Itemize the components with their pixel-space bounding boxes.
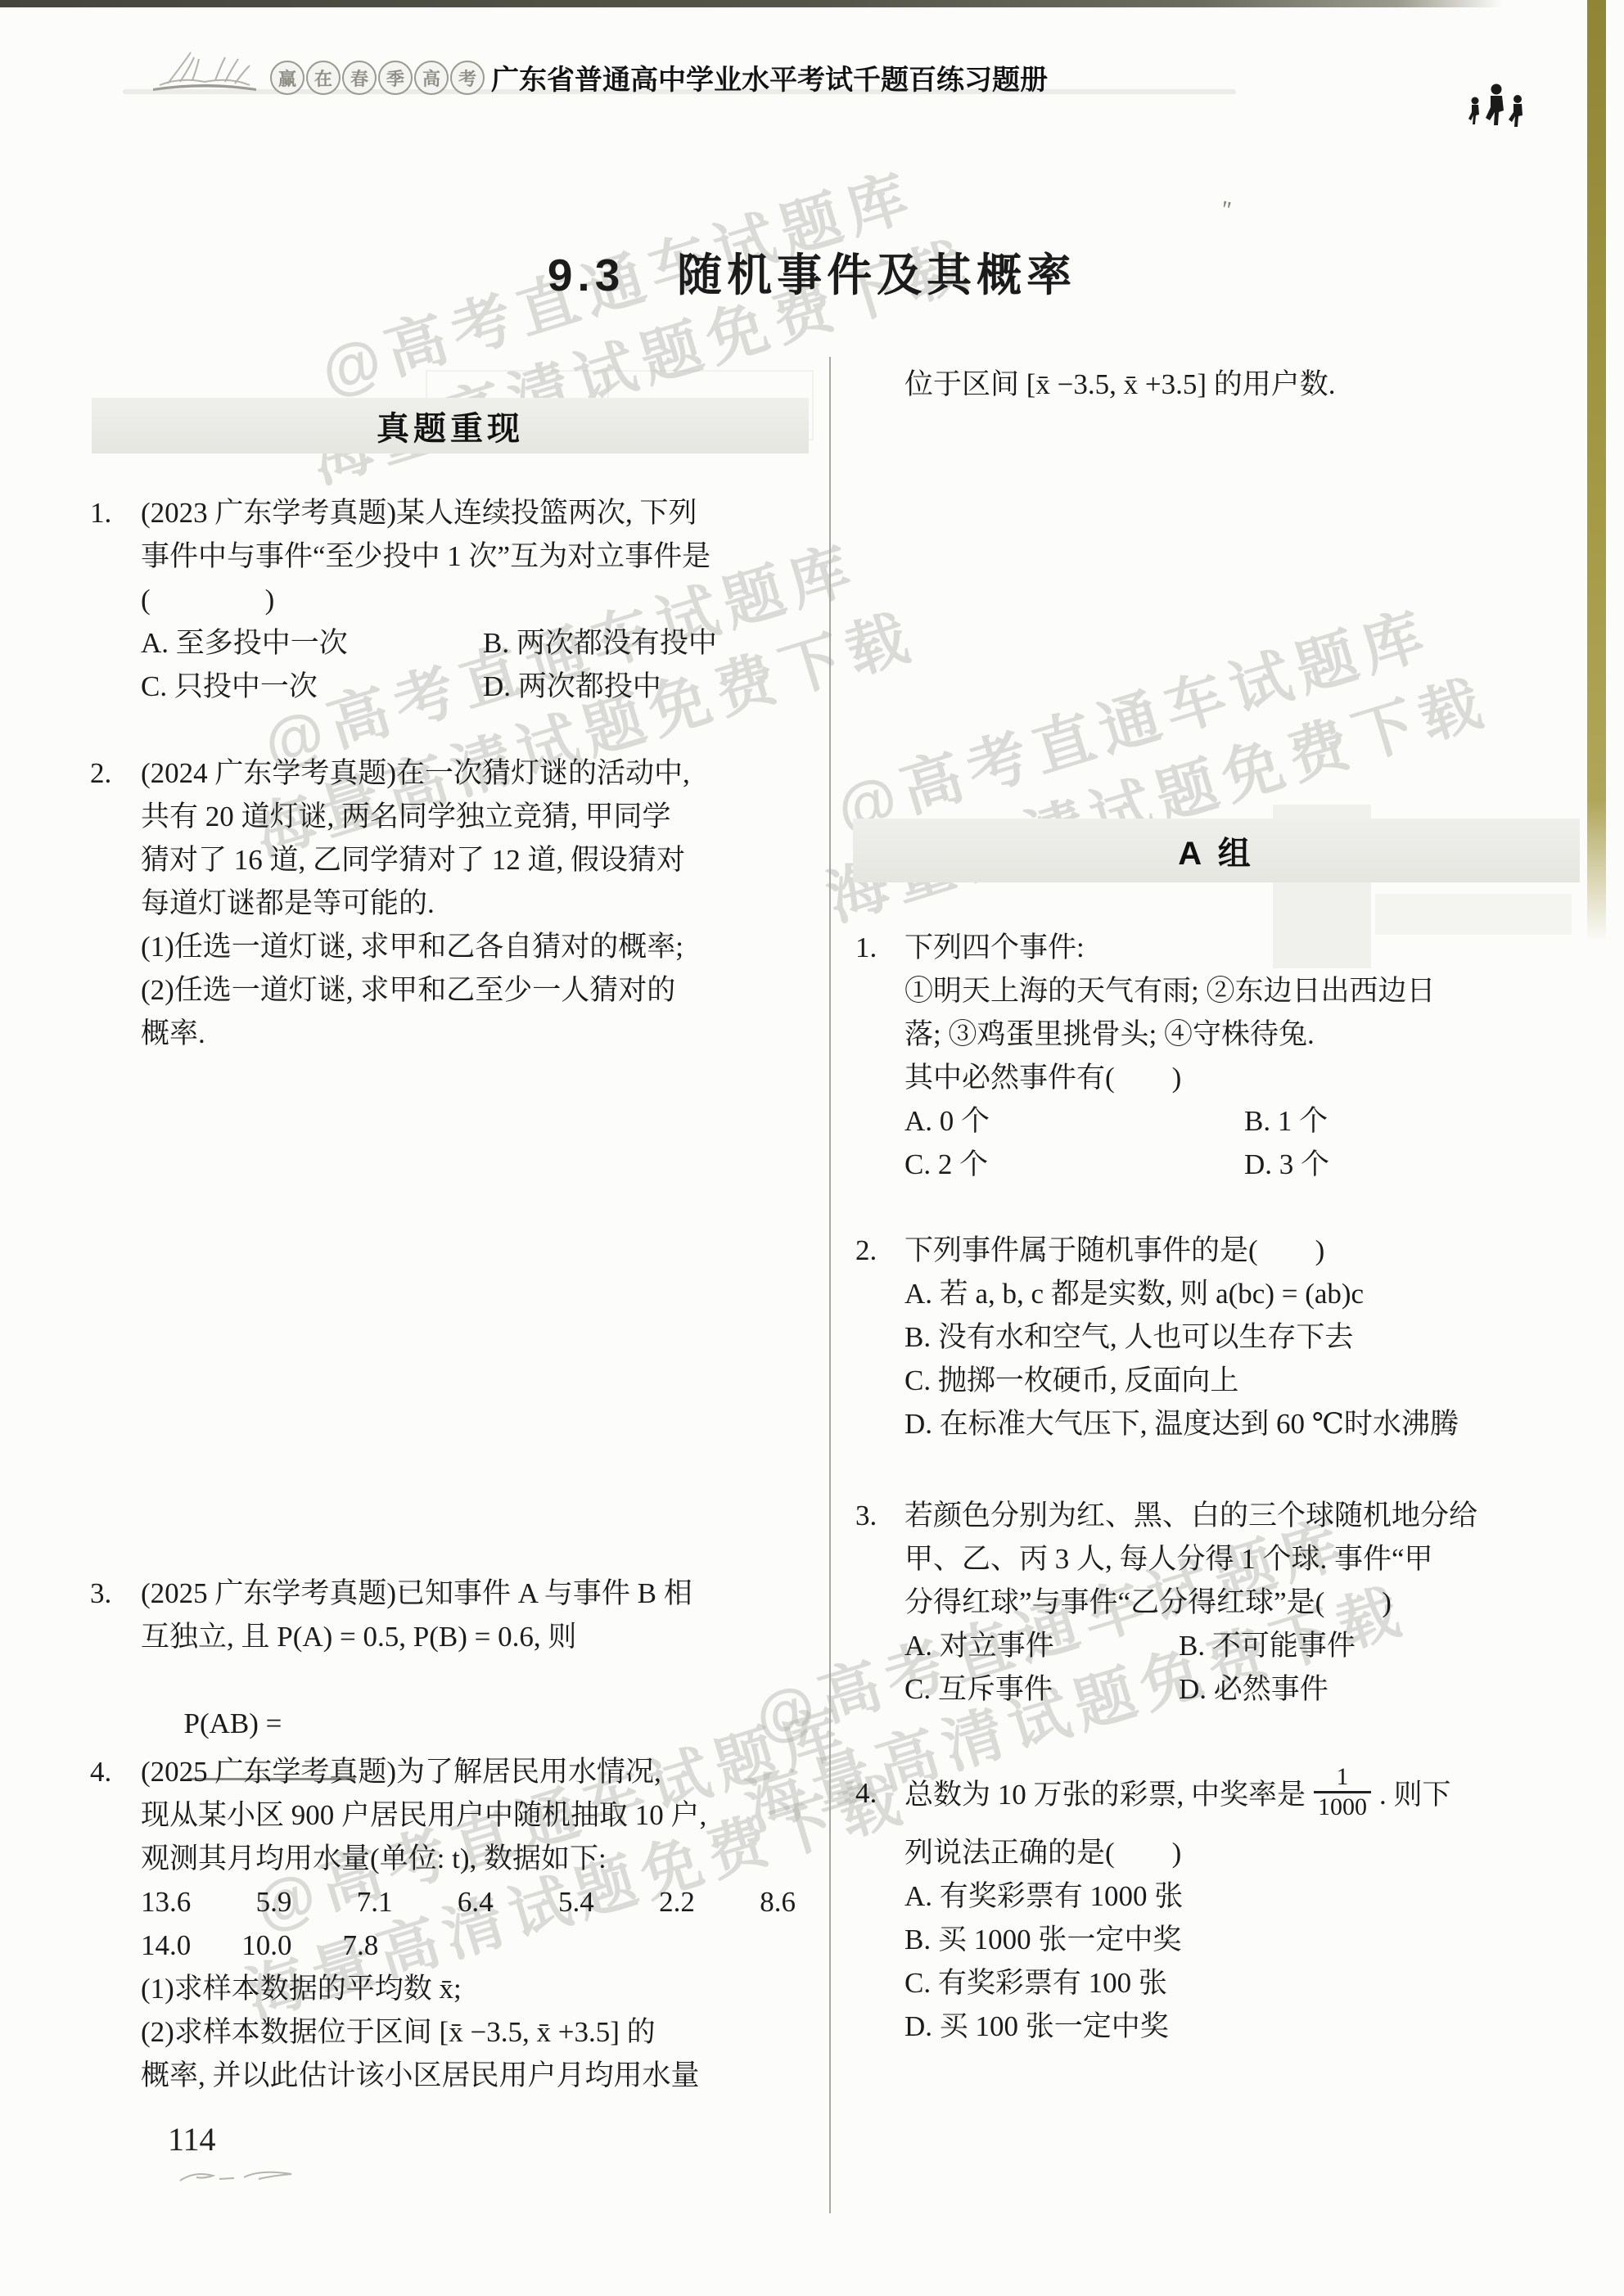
data-value: 6.4 [458, 1880, 494, 1924]
scan-edge-right [1587, 0, 1606, 941]
question-text-line: 概率. [141, 1012, 810, 1055]
option-row: C. 互斥事件 D. 必然事件 [904, 1667, 1584, 1711]
question-text-line: 分得红球”与事件“乙分得红球”是( ) [904, 1581, 1584, 1624]
question-text-line: 下列事件属于随机事件的是( ) [904, 1229, 1584, 1272]
data-value: 14.0 [141, 1924, 191, 1967]
data-value: 5.4 [558, 1880, 594, 1924]
option-d: D. 3 个 [1244, 1143, 1329, 1186]
brand-badge: 在 [306, 61, 341, 95]
option-c: C. 只投中一次 [141, 670, 318, 702]
question-text-line: 猜对了 16 道, 乙同学猜对了 12 道, 假设猜对 [141, 838, 810, 882]
question-number: 3. [90, 1572, 111, 1615]
question-text-line: ( ) [141, 578, 810, 621]
option-d: D. 在标准大气压下, 温度达到 60 ℃时水沸腾 [904, 1402, 1584, 1446]
question-right-2: 2. 下列事件属于随机事件的是( ) A. 若 a, b, c 都是实数, 则 … [904, 1229, 1584, 1446]
question-right-1: 1. 下列四个事件: ①明天上海的天气有雨; ②东边日出西边日 落; ③鸡蛋里挑… [904, 926, 1584, 1186]
fraction-numerator: 1 [1337, 1763, 1349, 1792]
question-text-line: 共有 20 道灯谜, 两名同学独立竞猜, 甲同学 [141, 795, 810, 838]
question-text-line: 互独立, 且 P(A) = 0.5, P(B) = 0.6, 则 [141, 1615, 810, 1658]
fraction-denominator: 1000 [1314, 1791, 1371, 1822]
section-header-zhenti: 真题重现 [92, 398, 809, 453]
question-left-2: 2. (2024 广东学考真题)在一次猜灯谜的活动中, 共有 20 道灯谜, 两… [141, 751, 810, 1055]
brand-badge: 考 [450, 61, 485, 95]
option-a: A. 0 个 [904, 1105, 990, 1137]
question-text-line: 落; ③鸡蛋里挑骨头; ④守株待兔. [904, 1013, 1584, 1056]
booklet-title: 广东省普通高中学业水平考试千题百练习题册 [491, 57, 1048, 97]
question-number: 3. [855, 1494, 877, 1537]
question-text-line: (2025 广东学考真题)为了解居民用水情况, [141, 1750, 810, 1793]
question-text-line: 观测其月均用水量(单位: t), 数据如下: [141, 1837, 810, 1880]
scan-edge-top [0, 0, 1503, 7]
question-text-line: 列说法正确的是( ) [904, 1831, 1584, 1874]
option-c: C. 有奖彩票有 100 张 [904, 1961, 1584, 2005]
question-text-line: (1)求样本数据的平均数 x̄; [141, 1967, 810, 2010]
question-number: 2. [855, 1229, 877, 1272]
data-value: 8.6 [760, 1880, 796, 1924]
brand-badge: 春 [342, 61, 377, 95]
page-number: 114 [168, 2120, 216, 2158]
question-number: 2. [90, 751, 111, 795]
question-text-line: 现从某小区 900 户居民用户中随机抽取 10 户, [141, 1793, 810, 1837]
question-right-3: 3. 若颜色分别为红、黑、白的三个球随机地分给 甲、乙、丙 3 人, 每人分得 … [904, 1494, 1584, 1711]
brand-badge: 赢 [270, 61, 304, 95]
question-text-line: (2023 广东学考真题)某人连续投篮两次, 下列 [141, 491, 810, 535]
data-value: 7.8 [343, 1924, 379, 1967]
option-d: D. 买 100 张一定中奖 [904, 2005, 1584, 2048]
publisher-logo-icon [143, 46, 266, 97]
data-value: 13.6 [141, 1880, 191, 1924]
option-b: B. 没有水和空气, 人也可以生存下去 [904, 1315, 1584, 1359]
data-value: 10.0 [241, 1924, 291, 1967]
option-d: D. 必然事件 [1179, 1667, 1329, 1711]
question-text-line: 总数为 10 万张的彩票, 中奖率是 1 1000 . 则下 [904, 1753, 1584, 1831]
question-text-line: (2024 广东学考真题)在一次猜灯谜的活动中, [141, 751, 810, 795]
blank-prefix: P(AB) = [184, 1707, 282, 1739]
option-row: A. 至多投中一次 B. 两次都没有投中 [141, 621, 810, 665]
question-left-3: 3. (2025 广东学考真题)已知事件 A 与事件 B 相 互独立, 且 P(… [141, 1572, 810, 1702]
carryover-text: 位于区间 [x̄ −3.5, x̄ +3.5] 的用户数. [904, 363, 1336, 406]
fraction: 1 1000 [1314, 1763, 1371, 1822]
option-a: A. 若 a, b, c 都是实数, 则 a(bc) = (ab)c [904, 1272, 1584, 1315]
column-divider [829, 357, 831, 2213]
page-title: 9.3 随机事件及其概率 [0, 239, 1624, 304]
data-value: 2.2 [659, 1880, 695, 1924]
data-row: 14.0 10.0 7.8 [141, 1924, 810, 1967]
question-text-line: 若颜色分别为红、黑、白的三个球随机地分给 [904, 1494, 1584, 1537]
data-value: 7.1 [357, 1880, 393, 1924]
question-text-line: 甲、乙、丙 3 人, 每人分得 1 个球. 事件“甲 [904, 1537, 1584, 1581]
data-value: 5.9 [256, 1880, 292, 1924]
option-a: A. 至多投中一次 [141, 627, 348, 659]
option-row: A. 0 个 B. 1 个 [904, 1099, 1584, 1143]
question-text-line: (1)任选一道灯谜, 求甲和乙各自猜对的概率; [141, 925, 810, 968]
question-text-line: 概率, 并以此估计该小区居民用户月均用水量 [141, 2054, 810, 2097]
option-b: B. 不可能事件 [1179, 1624, 1356, 1667]
question-text-line: (2)任选一道灯谜, 求甲和乙至少一人猜对的 [141, 968, 810, 1012]
question-text-line: ①明天上海的天气有雨; ②东边日出西边日 [904, 969, 1584, 1013]
scan-speck: '' [1219, 196, 1234, 225]
question-left-4: 4. (2025 广东学考真题)为了解居民用水情况, 现从某小区 900 户居民… [141, 1750, 810, 2097]
fill-blank-line: P(AB) = . [141, 1658, 810, 1702]
question-number: 1. [90, 491, 111, 535]
lead-text: 总数为 10 万张的彩票, 中奖率是 [904, 1772, 1306, 1813]
option-d: D. 两次都投中 [483, 665, 661, 708]
option-c: C. 互斥事件 [904, 1673, 1053, 1705]
question-text-line: 每道灯谜都是等可能的. [141, 882, 810, 925]
question-text-line: (2025 广东学考真题)已知事件 A 与事件 B 相 [141, 1572, 810, 1615]
question-right-4: 4. 总数为 10 万张的彩票, 中奖率是 1 1000 . 则下 列说法正确的… [904, 1753, 1584, 2048]
question-number: 4. [90, 1750, 111, 1793]
question-number: 4. [855, 1771, 877, 1815]
workbook-page: '' @高考直通车试题库 海量高清试题免费下载 @高考直通车试题库 海量高清试题… [0, 0, 1624, 2296]
option-c: C. 抛掷一枚硬币, 反面向上 [904, 1359, 1584, 1402]
page-number-flourish [178, 2166, 293, 2189]
option-c: C. 2 个 [904, 1148, 988, 1180]
brand-badge: 高 [414, 61, 449, 95]
question-text-line: 事件中与事件“至少投中 1 次”互为对立事件是 [141, 535, 810, 578]
option-row: C. 只投中一次 D. 两次都投中 [141, 665, 810, 708]
question-text-line: 其中必然事件有( ) [904, 1056, 1584, 1099]
lead-text: . 则下 [1379, 1772, 1451, 1813]
option-row: C. 2 个 D. 3 个 [904, 1143, 1584, 1186]
option-b: B. 1 个 [1244, 1099, 1328, 1143]
brand-badges: 赢 在 春 季 高 考 [270, 61, 485, 95]
runners-icon [1465, 78, 1535, 135]
option-b: B. 两次都没有投中 [483, 621, 717, 665]
data-row: 13.6 5.9 7.1 6.4 5.4 2.2 8.6 [141, 1880, 796, 1924]
question-text-line: (2)求样本数据位于区间 [x̄ −3.5, x̄ +3.5] 的 [141, 2010, 810, 2054]
option-a: A. 有奖彩票有 1000 张 [904, 1874, 1584, 1918]
question-text-line: 下列四个事件: [904, 926, 1584, 969]
option-row: A. 对立事件 B. 不可能事件 [904, 1624, 1584, 1667]
question-number: 1. [855, 926, 877, 969]
option-b: B. 买 1000 张一定中奖 [904, 1918, 1584, 1961]
brand-badge: 季 [378, 61, 413, 95]
section-header-group-a: A 组 [853, 819, 1580, 882]
option-a: A. 对立事件 [904, 1630, 1054, 1662]
question-left-1: 1. (2023 广东学考真题)某人连续投篮两次, 下列 事件中与事件“至少投中… [141, 491, 810, 708]
